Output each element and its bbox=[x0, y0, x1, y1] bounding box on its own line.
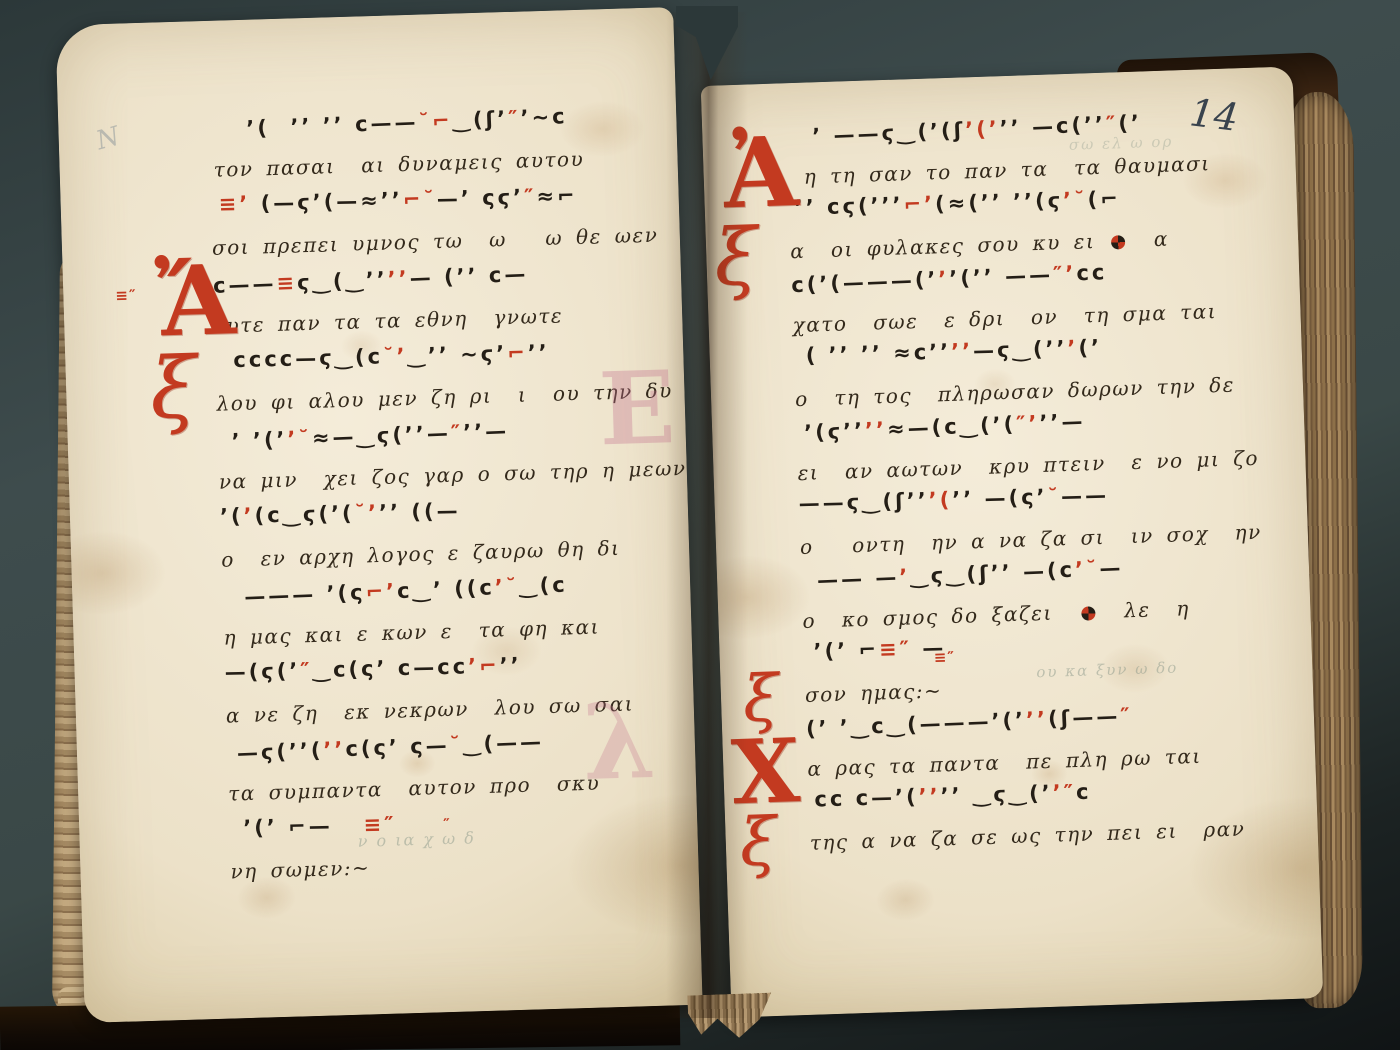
neume-black-segment: ’ ——ϛ‿(’(ʃ bbox=[812, 118, 966, 148]
red-flourish-ornament: ξ bbox=[713, 224, 758, 292]
pencil-mark: N bbox=[93, 121, 123, 156]
neume-red-segment: ’″ bbox=[1052, 780, 1076, 805]
neume-black-segment: ’’ bbox=[527, 340, 550, 365]
neume-black-segment: ’( ’’ ’’ c—— bbox=[246, 110, 419, 141]
bleed-through-ornament: Ε bbox=[597, 348, 677, 468]
neume-black-segment: —— — bbox=[817, 565, 900, 592]
neume-red-segment: ⌐ bbox=[507, 341, 528, 365]
neume-black-segment: ’’— bbox=[463, 419, 510, 445]
neume-black-segment: (⌐ bbox=[1087, 187, 1121, 212]
neume-red-segment: ’’ bbox=[323, 737, 346, 762]
chant-line-pair: ’( ’’ ’’ c——˘⌐‿(ʃ’″’~cτον πασαι αι δυναμ… bbox=[208, 102, 692, 194]
neume-red-segment: ’⌐ bbox=[468, 654, 500, 679]
neume-red-segment: ″’ bbox=[1053, 261, 1077, 286]
left-page-text-column: ’( ’’ ’’ c——˘⌐‿(ʃ’″’~cτον πασαι αι δυναμ… bbox=[208, 102, 713, 896]
manuscript-book: N ’( ’’ ’’ c——˘⌐‿(ʃ’″’~cτον πασαι αι δυν… bbox=[0, 0, 1400, 1050]
neume-black-segment: —’ ςϛ’ bbox=[437, 185, 525, 211]
neume-black-segment: c‿’ ((c bbox=[397, 575, 496, 603]
neume-black-segment: ‿’’ ~ϛ’ bbox=[407, 341, 507, 367]
neume-black-segment: ’~c bbox=[520, 104, 568, 130]
chant-line-pair: ——— ’(ς⌐’c‿’ ((c’˘‿(cη μας και ε κων ε τ… bbox=[222, 569, 706, 661]
neume-black-segment: c(’(———(’ bbox=[791, 267, 939, 297]
neume-red-segment: ’˘ bbox=[287, 426, 312, 451]
neume-red-segment: ″ bbox=[300, 658, 313, 682]
neume-black-segment: ( ’’ ’’ ≈c’’ bbox=[805, 339, 951, 367]
neume-red-segment: ’˘ bbox=[494, 574, 519, 599]
neume-black-segment: ’’ ‿ϛ‿(’ bbox=[940, 781, 1053, 808]
neume-red-segment: ⌐’ bbox=[365, 579, 397, 604]
greek-text-segment: λε η bbox=[1098, 596, 1190, 623]
neume-red-segment: ≡’ bbox=[218, 191, 260, 216]
neume-red-segment: ’˘ bbox=[1063, 188, 1088, 213]
neume-black-segment: cc c—’( bbox=[814, 785, 919, 812]
neume-black-segment: (c‿ϛ(’( bbox=[254, 501, 355, 527]
neume-red-segment: ˘⌐ bbox=[418, 109, 453, 134]
ornate-initial-alpha: Ἄ bbox=[154, 259, 236, 343]
ornate-initial-chi: Χ bbox=[730, 733, 801, 810]
neume-red-segment: ’’ bbox=[1026, 707, 1049, 732]
manuscript-page-left: N ’( ’’ ’’ c——˘⌐‿(ʃ’″’~cτον πασαι αι δυν… bbox=[55, 7, 702, 1023]
neume-black-segment: — (’’ c— bbox=[409, 262, 528, 291]
neume-black-segment: ——— ’(ς bbox=[244, 580, 366, 609]
neume-black-segment: ——ϛ‿(ʃ’’ bbox=[798, 488, 929, 516]
bleed-through-text: ν ο ια χ ω δ bbox=[357, 828, 476, 850]
neume-red-segment: ˘’ bbox=[383, 344, 408, 369]
neume-black-segment: ϛ‿(‿’’ bbox=[297, 267, 389, 294]
neume-black-segment: (’ bbox=[1118, 110, 1143, 135]
neume-red-segment: ’’ bbox=[918, 784, 941, 809]
neume-red-segment: ’(’ bbox=[965, 116, 1001, 141]
neume-black-segment: ’(’’ —— bbox=[949, 262, 1054, 290]
rosette-ornament bbox=[1111, 235, 1125, 249]
neume-black-segment: —— bbox=[1061, 483, 1110, 508]
neume-black-segment: ’( bbox=[220, 504, 244, 529]
neume-red-segment: ″ bbox=[450, 420, 463, 444]
neume-black-segment: ≈—(c‿(’( bbox=[887, 412, 1017, 441]
neume-red-segment: ⌐˘ bbox=[402, 187, 437, 212]
neume-black-segment: (’ bbox=[1078, 335, 1102, 360]
neume-black-segment: ’’ ((— bbox=[379, 499, 461, 525]
neume-black-segment: ‿(c bbox=[519, 573, 568, 599]
greek-text-segment: νη σωμεν:~ bbox=[230, 855, 370, 883]
bleed-through-ornament: λ bbox=[581, 679, 658, 804]
neume-black-segment: (’ ’‿c‿(———’(’ bbox=[806, 708, 1027, 741]
manuscript-photo-scene: N ’( ’’ ’’ c——˘⌐‿(ʃ’″’~cτον πασαι αι δυν… bbox=[0, 0, 1400, 1050]
page-number: 14 bbox=[1187, 90, 1240, 140]
neume-red-segment: ’ bbox=[1067, 336, 1079, 360]
neume-black-segment: ’’ —(ς’ bbox=[952, 485, 1048, 512]
bleed-through-text: σω ελ ω ορ bbox=[1069, 132, 1174, 153]
chant-line-pair: c——≡ϛ‿(‿’’’’— (’’ c—ευτε παν τα τα εθνη … bbox=[213, 258, 697, 350]
neume-red-segment: ’’ bbox=[951, 339, 974, 364]
neume-red-segment: ˘ bbox=[1047, 484, 1061, 508]
neume-black-segment: ’’ cϛ(’’’ bbox=[795, 193, 904, 220]
neume-red-segment: ’ bbox=[243, 504, 255, 528]
neume-red-segment: ≡″ bbox=[879, 637, 913, 662]
red-flourish-ornament: ξ bbox=[149, 352, 197, 425]
neume-red-segment: ˘’ bbox=[354, 501, 379, 526]
neume-red-segment: ’’ bbox=[865, 417, 888, 442]
manuscript-page-right: 14 ’ ——ϛ‿(’(ʃ’(’’’ —c(’’″(’η τη σαν το π… bbox=[701, 66, 1324, 1017]
neume-black-segment: ‿(ʃ’ bbox=[452, 106, 509, 132]
neume-red-segment: ’˘ bbox=[1075, 557, 1100, 582]
red-martyria-mark: ≡″ bbox=[115, 286, 137, 305]
neume-black-segment: ’’— bbox=[1039, 409, 1086, 435]
neume-black-segment: (≈(’’ ’’(ϛ bbox=[935, 188, 1064, 216]
chant-line-pair: cc c—’(’’’’ ‿ϛ‿(’’″cτης α να ζα σε ως τη… bbox=[808, 773, 1298, 863]
neume-black-segment: cc bbox=[1076, 260, 1108, 285]
neume-black-segment: ≈⌐ bbox=[536, 184, 578, 209]
rosette-ornament bbox=[1081, 606, 1095, 620]
greek-text-segment: σον ημας:~ bbox=[805, 678, 943, 707]
neume-black-segment: cccc—ϛ‿(c bbox=[233, 344, 383, 372]
neume-black-segment: ’ ’(’ bbox=[231, 427, 288, 453]
neume-black-segment: ≈—‿ϛ(’’— bbox=[311, 421, 451, 450]
neume-red-segment: ⌐’ bbox=[903, 192, 935, 217]
neume-red-segment: ″’ bbox=[1016, 411, 1040, 436]
greek-text-segment: α bbox=[1128, 227, 1170, 252]
torn-page-notch-top bbox=[676, 6, 738, 80]
neume-black-segment: (—ϛ’(—≈’’ bbox=[260, 188, 403, 215]
neume-black-segment: c bbox=[1076, 780, 1092, 804]
neume-red-segment: ″ bbox=[524, 185, 537, 209]
red-martyria-mark: ≡″ bbox=[933, 648, 955, 667]
neume-black-segment: ’(’ ⌐ bbox=[813, 638, 879, 664]
neume-black-segment: ‿c(ς’ c—cc bbox=[312, 654, 468, 682]
neume-black-segment: (ʃ—— bbox=[1048, 704, 1121, 731]
right-page-text-column: ’ ——ϛ‿(’(ʃ’(’’’ —c(’’″(’η τη σαν το παν … bbox=[786, 107, 1298, 863]
neume-black-segment: —ϛ‿(’’ bbox=[973, 336, 1068, 363]
red-flourish-ornament: ξ bbox=[739, 814, 777, 871]
neume-black-segment: ’(ϛ’’ bbox=[804, 418, 866, 445]
neume-black-segment: ’(’ ⌐— bbox=[243, 814, 333, 840]
neume-black-segment: — bbox=[1099, 556, 1124, 581]
neume-black-segment: ‿ϛ‿(ʃ’’ —(c bbox=[910, 558, 1076, 589]
neume-black-segment: ’’ bbox=[499, 653, 522, 678]
neume-red-segment: ’( bbox=[928, 487, 952, 512]
neume-black-segment: —(ϛ(’ bbox=[224, 659, 300, 685]
neume-red-segment: ″ bbox=[1120, 703, 1133, 727]
neume-black-segment: ‿(—— bbox=[463, 730, 545, 757]
frayed-threads-bottom-gutter bbox=[687, 993, 772, 1040]
neume-black-segment: c(ς’ ς— bbox=[345, 733, 450, 761]
neume-red-segment: ˘ bbox=[449, 733, 463, 758]
neume-black-segment: —ϛ(’’( bbox=[236, 738, 323, 765]
neume-red-segment: ≡ bbox=[276, 271, 298, 296]
ornate-initial-alpha: Ἀ bbox=[722, 131, 799, 215]
chant-line-pair: ’(’ ⌐— ≡″νη σωμεν:~ bbox=[229, 803, 713, 895]
neume-red-segment: ’’ bbox=[387, 266, 410, 291]
